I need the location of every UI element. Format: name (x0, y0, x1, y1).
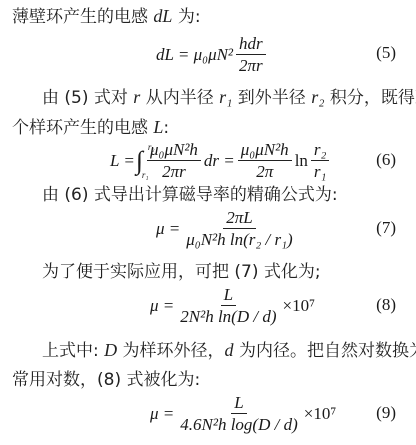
text-line-3: 个样环产生的电感 L: (12, 117, 169, 138)
eq9-multiplier: ×10⁷ (304, 404, 337, 424)
eq5-denominator: 2πr (236, 55, 266, 75)
text-line-6: 上式中: D 为样环外径，d 为内径。把自然对数换为 (42, 340, 416, 361)
eq7-denominator: μ₀N²h ln(r₂ / r₁) (183, 229, 295, 249)
equation-number-5: (5) (376, 43, 396, 63)
equation-6: L = ∫r₂r₁ μ₀μN²h 2πr dr = μ₀μN²h 2π ln r… (110, 140, 332, 181)
eq6-fraction-2: μ₀μN²h 2π (238, 140, 292, 181)
text-segment: 上式中: (42, 341, 104, 361)
eq9-fraction: L 4.6N²h log(D / d) (177, 393, 300, 434)
eq5-fraction: hdr 2πr (236, 34, 266, 75)
equation-8: μ = L 2N²h ln(D / d) ×10⁷ (150, 285, 315, 326)
text-segment: 从内半径 (140, 88, 219, 108)
eq8-multiplier: ×10⁷ (283, 296, 316, 316)
equation-number-7: (7) (376, 218, 396, 238)
var-d: d (225, 340, 234, 360)
equation-number-8: (8) (376, 295, 396, 315)
eq7-numerator: 2πL (223, 208, 255, 229)
eq8-lhs: μ = (150, 296, 174, 316)
text-segment: : (163, 118, 169, 138)
eq6-fraction-3: r₂ r₁ (311, 140, 330, 181)
var-r1: r₁ (219, 87, 232, 107)
eq7-lhs: μ = (156, 219, 180, 239)
eq6-num1: μ₀μN²h (147, 140, 201, 161)
eq8-numerator: L (221, 285, 236, 306)
text-segment: 个样环产生的电感 (12, 118, 153, 138)
eq6-num2: μ₀μN²h (238, 140, 292, 161)
eq6-lhs: L = (110, 151, 135, 171)
eq9-lhs: μ = (150, 404, 174, 424)
text-segment: 薄壁环产生的电感 (12, 7, 153, 27)
text-segment: 由 (5) 式对 (42, 88, 133, 108)
text-line-7: 常用对数，(8) 式被化为: (12, 370, 200, 390)
lower-limit: r₁ (142, 170, 149, 180)
var-r2: r₂ (311, 87, 324, 107)
eq8-denominator: 2N²h ln(D / d) (177, 306, 279, 326)
eq9-numerator: L (231, 393, 246, 414)
text-segment: 积分，既得到整 (324, 88, 416, 108)
eq6-den2: 2π (253, 161, 276, 181)
eq5-numerator: hdr (236, 34, 266, 55)
equation-7: μ = 2πL μ₀N²h ln(r₂ / r₁) (156, 208, 299, 249)
eq9-denominator: 4.6N²h log(D / d) (177, 414, 300, 434)
text-line-2: 由 (5) 式对 r 从内半径 r₁ 到外半径 r₂ 积分，既得到整 (42, 87, 416, 108)
eq6-den1: 2πr (159, 161, 189, 181)
var-L: L (153, 117, 163, 137)
text-segment: 为内径。把自然对数换为 (234, 341, 416, 361)
equation-number-9: (9) (376, 403, 396, 423)
eq7-fraction: 2πL μ₀N²h ln(r₂ / r₁) (183, 208, 295, 249)
eq5-lhs: dL = μ₀μN² (156, 45, 233, 65)
eq6-num3: r₂ (311, 140, 330, 161)
var-D: D (104, 340, 117, 360)
text-line-4: 由 (6) 式导出计算磁导率的精确公式为: (42, 185, 338, 205)
eq8-fraction: L 2N²h ln(D / d) (177, 285, 279, 326)
eq6-fraction-1: μ₀μN²h 2πr (147, 140, 201, 181)
eq6-ln: ln (295, 151, 308, 171)
equation-9: μ = L 4.6N²h log(D / d) ×10⁷ (150, 393, 336, 434)
text-line-5: 为了便于实际应用，可把 (7) 式化为; (42, 262, 321, 282)
equation-5: dL = μ₀μN² hdr 2πr (156, 34, 269, 75)
eq6-den3: r₁ (311, 161, 330, 181)
text-segment: 为: (172, 7, 200, 27)
text-segment: 到外半径 (232, 88, 311, 108)
eq6-mid: dr = (204, 151, 235, 171)
text-line-1: 薄壁环产生的电感 dL 为: (12, 6, 201, 27)
upper-limit: r₂ (148, 142, 155, 152)
equation-number-6: (6) (376, 150, 396, 170)
var-dL: dL (153, 6, 172, 26)
integral-sign: ∫r₂r₁ (136, 146, 143, 176)
text-segment: 为样环外径， (117, 341, 224, 361)
